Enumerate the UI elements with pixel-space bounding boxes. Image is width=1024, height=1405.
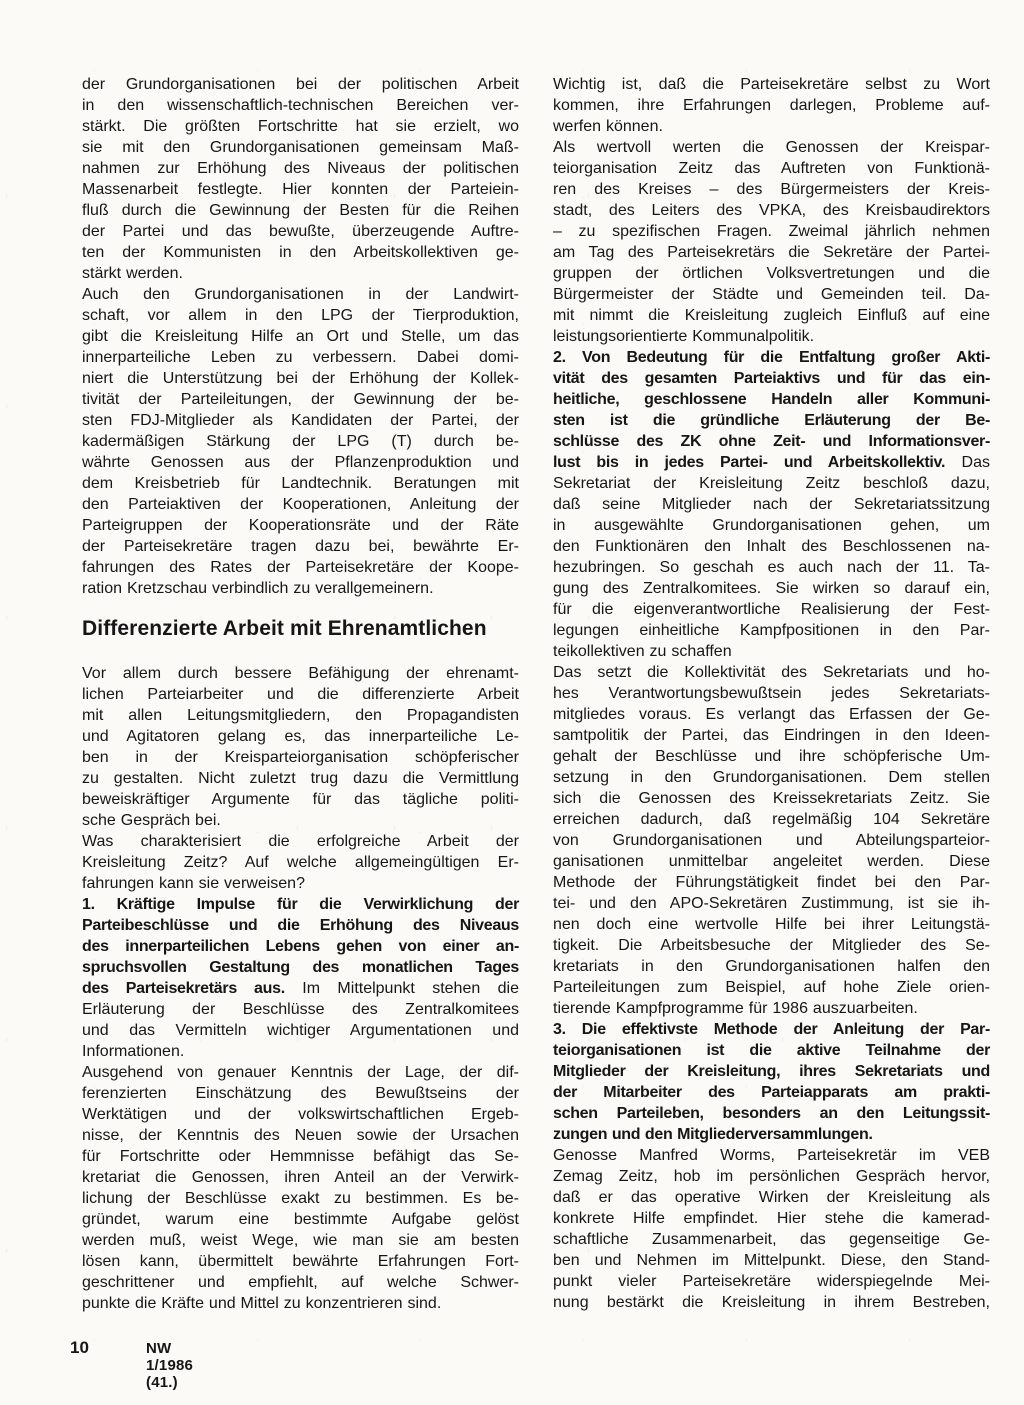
text-line: zungen und den Mitgliederversammlungen. <box>553 1124 990 1145</box>
text-line: Genosse Manfred Worms, Parteisekretär im… <box>553 1145 990 1166</box>
text-line: stadt, des Leiters des VPKA, des Kreisba… <box>553 200 990 221</box>
text-line: 2. Von Bedeutung für die Entfaltung groß… <box>553 347 990 368</box>
text-line: am Tag des Parteisekretärs die Sekretäre… <box>553 242 990 263</box>
text-line: gründet, warum eine bestimmte Aufgabe ge… <box>82 1209 519 1230</box>
text-line: Methode der Führungstätigkeit findet bei… <box>553 872 990 893</box>
text-line: sich die Genossen des Kreissekretariats … <box>553 788 990 809</box>
text-line: der Grundorganisationen bei der politisc… <box>82 74 519 95</box>
text-line: Massenarbeit festlegte. Hier konnten der… <box>82 179 519 200</box>
text-line: der Parteisekretäre tragen dazu bei, bew… <box>82 536 519 557</box>
text-line: währte Genossen aus der Pflanzenprodukti… <box>82 452 519 473</box>
text-line: tierende Kampfprogramme für 1986 auszuar… <box>553 998 990 1019</box>
text-line: der Partei und das bewußte, überzeugende… <box>82 221 519 242</box>
text-line: mit nimmt die Kreisleitung zugleich Einf… <box>553 305 990 326</box>
page-number: 10 <box>70 1338 89 1358</box>
text-line: geschrittener und empfiehlt, auf welche … <box>82 1272 519 1293</box>
text-line: heitliche, geschlossene Handeln aller Ko… <box>553 389 990 410</box>
text-line: – zu spezifischen Fragen. Zweimal jährli… <box>553 221 990 242</box>
text-line: punkt vieler Parteisekretäre widerspiege… <box>553 1271 990 1292</box>
text-line: Als wertvoll werten die Genossen der Kre… <box>553 137 990 158</box>
text-line: lichung der Beschlüsse exakt zu bestimme… <box>82 1188 519 1209</box>
text-line: nisse, der Kenntnis des Neuen sowie der … <box>82 1125 519 1146</box>
text-line: teikollektiven zu schaffen <box>553 641 990 662</box>
text-line: konkrete Hilfe empfindet. Hier stehe die… <box>553 1208 990 1229</box>
text-line: teiorganisation Zeitz das Auftreten von … <box>553 158 990 179</box>
text-line: mitgliedes voraus. Es verlangt das Erfas… <box>553 704 990 725</box>
text-line: niert die Unterstützung bei der Erhöhung… <box>82 368 519 389</box>
text-line: erreichen dadurch, daß regelmäßig 104 Se… <box>553 809 990 830</box>
text-line: leistungsorientierte Kommunalpolitik. <box>553 326 990 347</box>
text-line: teiorganisationen ist die aktive Teilnah… <box>553 1040 990 1061</box>
text-line: Ausgehend von genauer Kenntnis der Lage,… <box>82 1062 519 1083</box>
text-line: stärkt. Die größten Fortschritte hat sie… <box>82 116 519 137</box>
text-line: für die eigenverantwortliche Realisierun… <box>553 599 990 620</box>
text-line: setzung in den Grundorganisationen. Dem … <box>553 767 990 788</box>
text-line: fahrungen des Rates der Parteisekretäre … <box>82 557 519 578</box>
text-line: ganisationen unmittelbar angeleitet werd… <box>553 851 990 872</box>
text-line: den Funktionären den Inhalt des Beschlos… <box>553 536 990 557</box>
text-line: nahmen zur Erhöhung des Niveaus der poli… <box>82 158 519 179</box>
text-line: lichen Parteiarbeiter und die differenzi… <box>82 684 519 705</box>
text-line: lust bis in jedes Partei- und Arbeitskol… <box>553 452 990 473</box>
text-line: 3. Die effektivste Methode der Anleitung… <box>553 1019 990 1040</box>
text-columns: der Grundorganisationen bei der politisc… <box>82 74 990 1314</box>
text-line: vität des gesamten Parteiaktivs und für … <box>553 368 990 389</box>
text-line: stärkt werden. <box>82 263 519 284</box>
text-line: Parteigruppen der Kooperationsräte und d… <box>82 515 519 536</box>
text-line: sie mit den Grundorganisationen gemeinsa… <box>82 137 519 158</box>
text-line: Mitglieder der Kreisleitung, ihres Sekre… <box>553 1061 990 1082</box>
text-line: ben und Nehmen im Mittelpunkt. Diese, de… <box>553 1250 990 1271</box>
text-line: hes Verantwortungsbewußtsein jedes Sekre… <box>553 683 990 704</box>
text-line: schaftliche Zusammenarbeit, das gegensei… <box>553 1229 990 1250</box>
text-line: ben in der Kreisparteiorganisation schöp… <box>82 747 519 768</box>
text-line: daß seine Mitglieder nach der Sekretaria… <box>553 494 990 515</box>
text-line: tei- und den APO-Sekretären Zustimmung, … <box>553 893 990 914</box>
text-line: und das Vermitteln wichtiger Argumentati… <box>82 1020 519 1041</box>
text-line: Was charakterisiert die erfolgreiche Arb… <box>82 831 519 852</box>
text-line: zu gestalten. Nicht zuletzt trug dazu di… <box>82 768 519 789</box>
text-line: den Parteiaktiven der Kooperationen, Anl… <box>82 494 519 515</box>
text-line: der Mitarbeiter des Parteiapparats am pr… <box>553 1082 990 1103</box>
text-line: in den wissenschaftlich-technischen Bere… <box>82 95 519 116</box>
text-line: werfen können. <box>553 116 990 137</box>
text-line: fahrungen kann sie verweisen? <box>82 873 519 894</box>
text-line: werden muß, weist Wege, wie man sie am b… <box>82 1230 519 1251</box>
text-line: dem Kreisbetrieb für Landtechnik. Beratu… <box>82 473 519 494</box>
text-line: Erläuterung der Beschlüsse des Zentralko… <box>82 999 519 1020</box>
left-column: der Grundorganisationen bei der politisc… <box>82 74 519 1314</box>
text-line: Sekretariat der Kreisleitung Zeitz besch… <box>553 473 990 494</box>
text-line: legungen einheitliche Kampfpositionen in… <box>553 620 990 641</box>
text-line: kommen, ihre Erfahrungen darlegen, Probl… <box>553 95 990 116</box>
text-line: schlüsse des ZK ohne Zeit- und Informati… <box>553 431 990 452</box>
text-line: Auch den Grundorganisationen in der Land… <box>82 284 519 305</box>
text-line: gung des Zentralkomitees. Sie wirken so … <box>553 578 990 599</box>
right-column: Wichtig ist, daß die Parteisekretäre sel… <box>553 74 990 1314</box>
text-line: nen doch eine wertvolle Hilfe bei ihrer … <box>553 914 990 935</box>
text-line: Parteibeschlüsse und die Erhöhung des Ni… <box>82 915 519 936</box>
text-line: lösen kann, übermittelt bewährte Erfahru… <box>82 1251 519 1272</box>
text-line: Kreisleitung Zeitz? Auf welche allgemein… <box>82 852 519 873</box>
text-line: mit allen Leitungsmitgliedern, den Propa… <box>82 705 519 726</box>
text-line: Wichtig ist, daß die Parteisekretäre sel… <box>553 74 990 95</box>
text-line: Parteileitungen zum Beispiel, auf hohe Z… <box>553 977 990 998</box>
text-line: sche Gespräch bei. <box>82 810 519 831</box>
text-line: hezubringen. So geschah es auch nach der… <box>553 557 990 578</box>
text-line: Werktätigen und der volkswirtschaftliche… <box>82 1104 519 1125</box>
text-line: Bürgermeister der Städte und Gemeinden t… <box>553 284 990 305</box>
text-line: samtpolitik der Partei, das Eindringen i… <box>553 725 990 746</box>
text-line: tivität der Parteileitungen, der Gewinnu… <box>82 389 519 410</box>
text-line: schaft, vor allem in den LPG der Tierpro… <box>82 305 519 326</box>
text-line: daß er das operative Wirken der Kreislei… <box>553 1187 990 1208</box>
text-line: kretariat die Genossen, ihren Anteil an … <box>82 1167 519 1188</box>
text-line: des innerparteilichen Lebens gehen von e… <box>82 936 519 957</box>
text-line: punkte die Kräfte und Mittel zu konzentr… <box>82 1293 519 1314</box>
text-line: gruppen der örtlichen Volksvertretungen … <box>553 263 990 284</box>
scanned-document-page: der Grundorganisationen bei der politisc… <box>0 0 1024 1405</box>
text-line: spruchsvollen Gestaltung des monatlichen… <box>82 957 519 978</box>
text-line: von Grundorganisationen und Abteilungspa… <box>553 830 990 851</box>
journal-reference: NW 1/1986 (41.) <box>146 1340 193 1391</box>
text-line: nung bestärkt die Kreisleitung in ihrem … <box>553 1292 990 1313</box>
text-line: schen Parteileben, besonders an den Leit… <box>553 1103 990 1124</box>
text-line: Das setzt die Kollektivität des Sekretar… <box>553 662 990 683</box>
text-line: für Fortschritte oder Hemmnisse befähigt… <box>82 1146 519 1167</box>
text-line: ten der Kommunisten in den Arbeitskollek… <box>82 242 519 263</box>
text-line: tigkeit. Die Arbeitsbesuche der Mitglied… <box>553 935 990 956</box>
text-line: sten FDJ-Mitglieder als Kandidaten der P… <box>82 410 519 431</box>
text-line: ration Kretzschau verbindlich zu verallg… <box>82 578 519 599</box>
text-line: beweiskräftiger Argumente für das täglic… <box>82 789 519 810</box>
text-line: 1. Kräftige Impulse für die Verwirklichu… <box>82 894 519 915</box>
text-line: in ausgewählte Grundorganisationen gehen… <box>553 515 990 536</box>
text-line: sten ist die gründliche Erläuterung der … <box>553 410 990 431</box>
text-line: ferenzierten Einschätzung des Bewußtsein… <box>82 1083 519 1104</box>
text-line: Informationen. <box>82 1041 519 1062</box>
text-line: kadermäßigen Stärkung der LPG (T) durch … <box>82 431 519 452</box>
text-line: gibt die Kreisleitung Hilfe an Ort und S… <box>82 326 519 347</box>
text-line: Vor allem durch bessere Befähigung der e… <box>82 663 519 684</box>
text-line: fluß durch die Gewinnung der Besten für … <box>82 200 519 221</box>
section-heading: Differenzierte Arbeit mit Ehrenamtlichen <box>82 616 519 642</box>
text-line: und Agitatoren gelang es, das innerparte… <box>82 726 519 747</box>
text-line: ren des Kreises – des Bürgermeisters der… <box>553 179 990 200</box>
text-line: Zemag Zeitz, hob im persönlichen Gespräc… <box>553 1166 990 1187</box>
text-line: gehalt der Beschlüsse und ihre schöpferi… <box>553 746 990 767</box>
text-line: des Parteisekretärs aus. Im Mittelpunkt … <box>82 978 519 999</box>
text-line: innerparteiliche Leben zu verbessern. Da… <box>82 347 519 368</box>
text-line: kretariats in den Grundorganisationen ha… <box>553 956 990 977</box>
